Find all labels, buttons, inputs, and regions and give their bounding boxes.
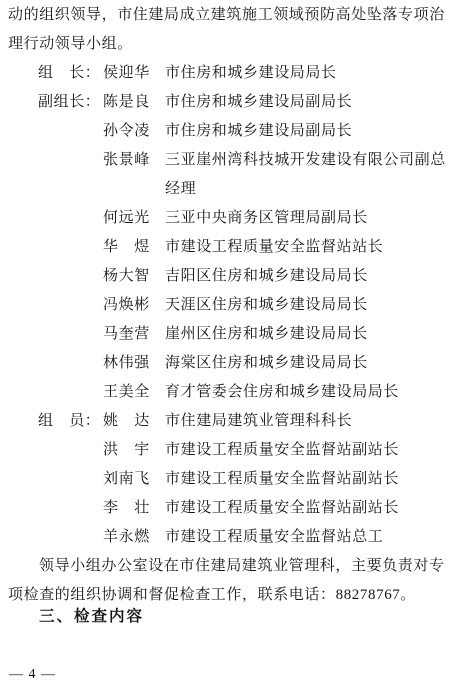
roster-row: 何远光 三亚中央商务区管理局副局长 (8, 204, 446, 233)
roster-row: 马奎营 崖州区住房和城乡建设局局长 (8, 320, 446, 349)
member-title: 市住房和城乡建设局副局长 (165, 88, 446, 117)
leadership-roster: 组 长： 侯迎华 市住房和城乡建设局局长 副组长： 陈是良 市住房和城乡建设局副… (8, 59, 446, 552)
member-title: 天涯区住房和城乡建设局局长 (165, 291, 446, 320)
member-title: 市住建局建筑业管理科科长 (165, 407, 446, 436)
roster-role-label: 组 员： (38, 407, 103, 436)
member-title: 市建设工程质量安全监督站副站长 (165, 494, 446, 523)
roster-row: 冯焕彬 天涯区住房和城乡建设局局长 (8, 291, 446, 320)
member-title: 市建设工程质量安全监督站副站长 (165, 465, 446, 494)
member-name: 洪 宇 (103, 436, 151, 465)
roster-row: 华 煜 市建设工程质量安全监督站站长 (8, 233, 446, 262)
member-title: 市建设工程质量安全监督站总工 (165, 523, 446, 552)
page-number: — 4 — (9, 667, 56, 683)
member-name: 张景峰 (103, 146, 151, 175)
member-title: 崖州区住房和城乡建设局局长 (165, 320, 446, 349)
roster-row: 羊永燃 市建设工程质量安全监督站总工 (8, 523, 446, 552)
member-name: 姚 达 (103, 407, 151, 436)
member-name: 林伟强 (103, 349, 151, 378)
roster-row: 杨大智 吉阳区住房和城乡建设局局长 (8, 262, 446, 291)
roster-row: 林伟强 海棠区住房和城乡建设局局长 (8, 349, 446, 378)
roster-role-label: 组 长： (38, 59, 103, 88)
member-name: 陈是良 (103, 88, 151, 117)
roster-row: 李 壮 市建设工程质量安全监督站副站长 (8, 494, 446, 523)
roster-row: 孙令凌 市住房和城乡建设局副局长 (8, 117, 446, 146)
roster-row: 副组长： 陈是良 市住房和城乡建设局副局长 (8, 88, 446, 117)
member-name: 侯迎华 (103, 59, 151, 88)
member-title: 市住房和城乡建设局副局长 (165, 117, 446, 146)
roster-row: 洪 宇 市建设工程质量安全监督站副站长 (8, 436, 446, 465)
document-body: 动的组织领导，市住建局成立建筑施工领域预防高处坠落专项治 理行动领导小组。 组 … (0, 0, 459, 631)
roster-role-label: 副组长： (38, 88, 103, 117)
member-name: 王美全 (103, 378, 151, 407)
member-name: 刘南飞 (103, 465, 151, 494)
member-title: 三亚中央商务区管理局副局长 (165, 204, 446, 233)
member-name: 羊永燃 (103, 523, 151, 552)
roster-row: 组 员： 姚 达 市住建局建筑业管理科科长 (8, 407, 446, 436)
roster-row: 张景峰 三亚崖州湾科技城开发建设有限公司副总 经理 (8, 146, 446, 204)
member-title: 市建设工程质量安全监督站站长 (165, 233, 446, 262)
document-page: 动的组织领导，市住建局成立建筑施工领域预防高处坠落专项治 理行动领导小组。 组 … (0, 0, 459, 690)
roster-row: 组 长： 侯迎华 市住房和城乡建设局局长 (8, 59, 446, 88)
member-name: 孙令凌 (103, 117, 151, 146)
member-title: 海棠区住房和城乡建设局局长 (165, 349, 446, 378)
member-name: 马奎营 (103, 320, 151, 349)
member-name: 李 壮 (103, 494, 151, 523)
member-name: 何远光 (103, 204, 151, 233)
roster-row: 刘南飞 市建设工程质量安全监督站副站长 (8, 465, 446, 494)
member-name: 冯焕彬 (103, 291, 151, 320)
member-title: 吉阳区住房和城乡建设局局长 (165, 262, 446, 291)
member-title: 三亚崖州湾科技城开发建设有限公司副总 经理 (165, 146, 446, 204)
member-name: 杨大智 (103, 262, 151, 291)
member-title: 市住房和城乡建设局局长 (165, 59, 446, 88)
member-title: 育才管委会住房和城乡建设局局长 (165, 378, 446, 407)
intro-paragraph: 动的组织领导，市住建局成立建筑施工领域预防高处坠落专项治 理行动领导小组。 (8, 1, 446, 59)
member-name: 华 煜 (103, 233, 151, 262)
member-title: 市建设工程质量安全监督站副站长 (165, 436, 446, 465)
roster-row: 王美全 育才管委会住房和城乡建设局局长 (8, 378, 446, 407)
